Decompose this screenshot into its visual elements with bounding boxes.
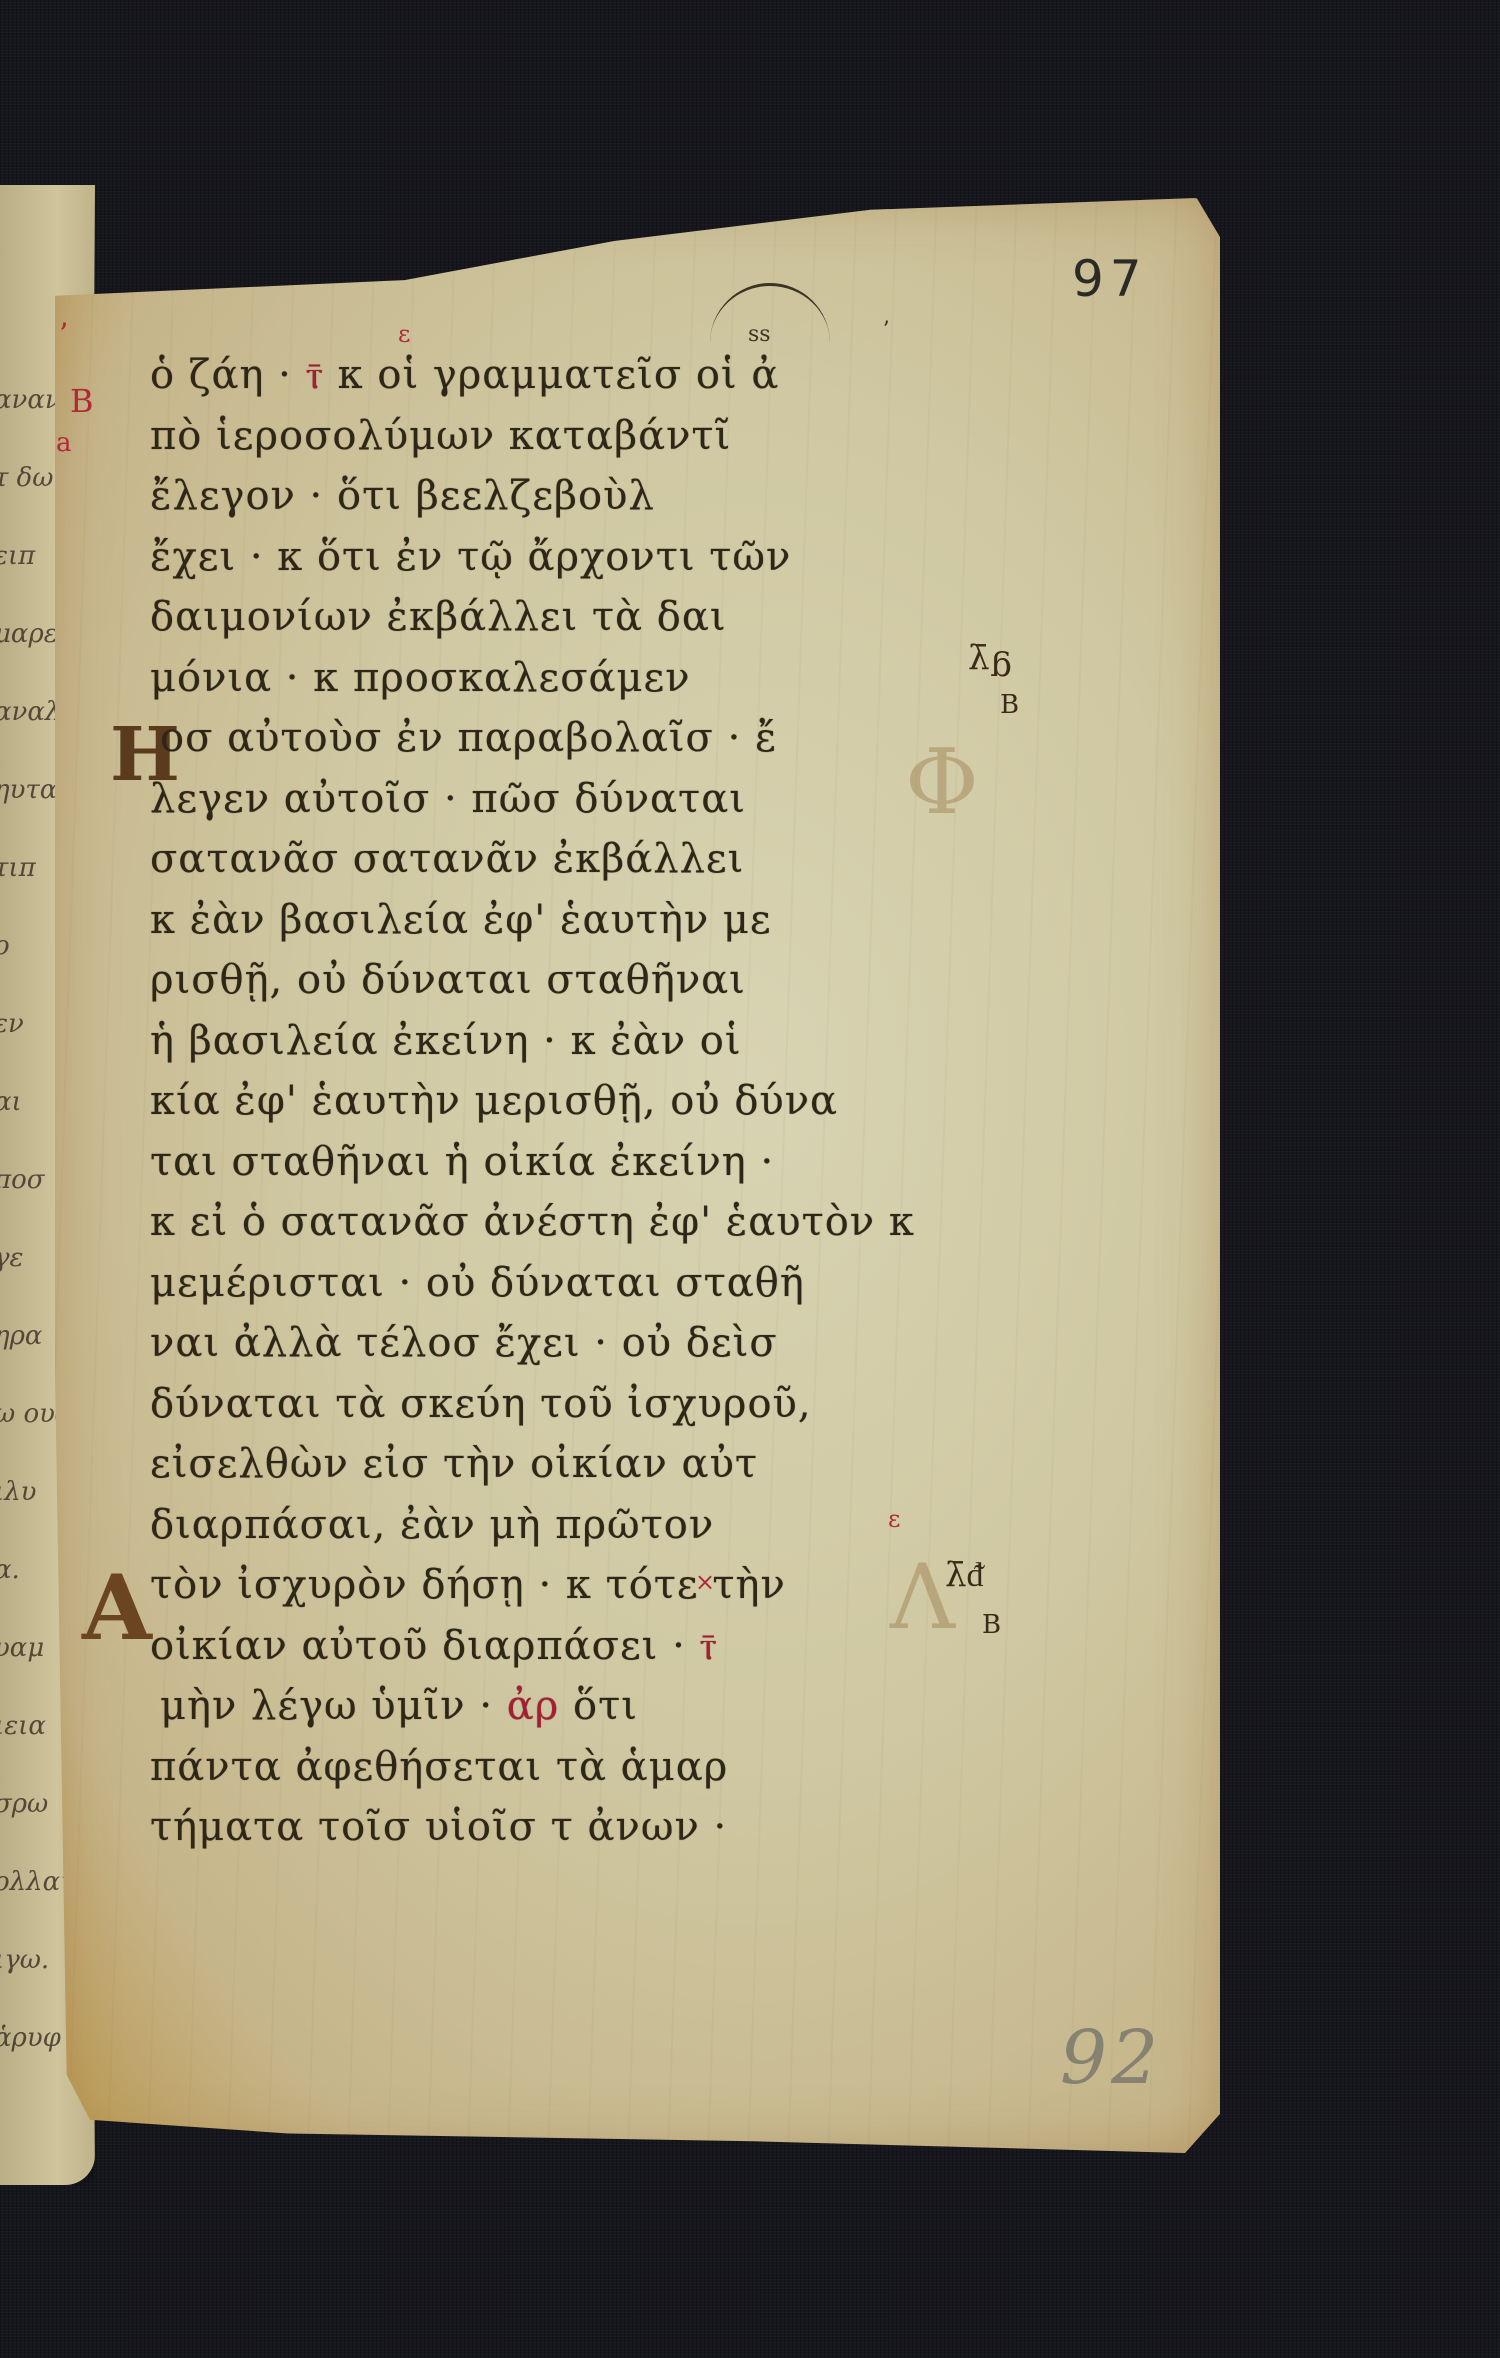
line-text: σατανᾶσ σατανᾶν ἐκβάλλει bbox=[150, 836, 744, 882]
facing-leaf-line: τιπ bbox=[0, 853, 36, 883]
manuscript-line: πὸ ἱεροσολύμων καταβάντῖ bbox=[150, 406, 950, 467]
facing-leaf-line: αναν bbox=[0, 385, 61, 415]
line-text: πὸ ἱεροσολύμων καταβάντ bbox=[150, 413, 715, 459]
rubric-mark: ⲧ̄ bbox=[306, 352, 324, 398]
manuscript-line: διαρπάσαι, ἐὰν μὴ πρῶτον bbox=[150, 1495, 950, 1556]
manuscript-line: ναι ἀλλὰ τέλοσ ἔχει · οὐ δεὶσ bbox=[150, 1313, 950, 1374]
facing-leaf-line: αι bbox=[0, 1087, 22, 1117]
section-number-upper-sub: B bbox=[1000, 690, 1019, 720]
manuscript-line: κ εἰ ὁ σατανᾶσ ἀνέστη ἐφ' ἑαυτὸν κ bbox=[150, 1192, 950, 1253]
rubric-mark: ⲧ̄ bbox=[700, 1623, 718, 1669]
facing-leaf-line: αναλ bbox=[0, 697, 61, 727]
facing-leaf-line: τ δω bbox=[0, 463, 54, 493]
facing-leaf-line: ο bbox=[0, 931, 10, 961]
line-text-continued: ὅτι bbox=[559, 1683, 638, 1729]
manuscript-line: μόνια · κ προσκαλεσάμεν bbox=[150, 648, 950, 709]
line-text: διαρπάσαι, ἐὰν μὴ πρῶτον bbox=[150, 1502, 714, 1548]
manuscript-line: τήματα τοῖσ υἱοῖσ τ ἀνων · bbox=[150, 1797, 950, 1858]
abbreviation-mark: ss bbox=[748, 322, 771, 347]
line-text: δύναται τὰ σκεύη τοῦ ἰσχυροῦ, bbox=[150, 1381, 812, 1427]
line-text: μὴν λέγω ὑμῖν · bbox=[160, 1683, 507, 1729]
line-text: τήματα τοῖσ υἱοῖσ τ ἀνων · bbox=[150, 1804, 727, 1850]
facing-leaf-line: ιγω. bbox=[0, 1945, 49, 1975]
facing-leaf-line: ἁρυφ bbox=[0, 2023, 61, 2053]
main-text-column: ὁ ζάη · ⲧ̄ κ οἱ γραμματεῖσ οἱ ἀπὸ ἱεροσο… bbox=[150, 345, 950, 1858]
rubric-mark: ἀρ bbox=[507, 1683, 560, 1729]
margin-mark-red-accent: ʼ bbox=[58, 318, 68, 353]
facing-leaf-line: μαρε bbox=[0, 619, 58, 649]
manuscript-line: λεγεν αὐτοῖσ · πῶσ δύναται bbox=[150, 769, 950, 830]
line-text: ρισθῇ, οὐ δύναται σταθῆναι bbox=[150, 957, 746, 1003]
line-text: λεγεν αὐτοῖσ · πῶσ δύναται bbox=[150, 776, 746, 822]
facing-leaf-line: α. bbox=[0, 1555, 20, 1585]
facing-leaf-line: ιλυ bbox=[0, 1477, 36, 1507]
line-text-continued: ῖ bbox=[715, 413, 732, 459]
rubric-e-top: ε bbox=[398, 320, 410, 348]
manuscript-line: ἡ βασιλεία ἐκείνη · κ ἐὰν οἱ bbox=[150, 1011, 950, 1072]
line-text: ναι ἀλλὰ τέλοσ ἔχει · οὐ δεὶσ bbox=[150, 1320, 778, 1366]
line-text: εἰσελθὼν εἰσ τὴν οἰκίαν αὐτ bbox=[150, 1441, 758, 1487]
manuscript-line: κία ἐφ' ἑαυτὴν μερισθῇ, οὐ δύνα bbox=[150, 1071, 950, 1132]
manuscript-line: ρισθῇ, οὐ δύναται σταθῆναι bbox=[150, 950, 950, 1011]
section-number-lower-sub: B bbox=[982, 1610, 1001, 1640]
manuscript-line: τὸν ἰσχυρὸν δήσῃ · κ τότε τὴν bbox=[150, 1555, 950, 1616]
folio-number-ink: 97 bbox=[1072, 250, 1148, 308]
line-text: ἔλεγον · ὅτι βεελζεβοὺλ bbox=[150, 473, 655, 519]
line-text: πάντα ἀφεθήσεται τὰ ἁμαρ bbox=[150, 1744, 728, 1790]
facing-leaf-line: εν bbox=[0, 1009, 24, 1039]
line-text: τὸν ἰσχυρὸν δήσῃ · κ τότε τὴν bbox=[150, 1562, 786, 1608]
manuscript-line: ἔχει · κ ὅτι ἐν τῷ ἄρχοντι τῶν bbox=[150, 527, 950, 588]
line-text: μεμέρισται · οὐ δύναται σταθῆ bbox=[150, 1260, 805, 1306]
initial-alpha: Α bbox=[82, 1555, 152, 1661]
manuscript-line: σατανᾶσ σατανᾶν ἐκβάλλει bbox=[150, 829, 950, 890]
facing-leaf-line: γε bbox=[0, 1243, 24, 1273]
manuscript-line: δαιμονίων ἐκβάλλει τὰ δαι bbox=[150, 587, 950, 648]
manuscript-line: ὁ ζάη · ⲧ̄ κ οἱ γραμματεῖσ οἱ ἀ bbox=[150, 345, 950, 406]
line-text: κ ἐὰν βασιλεία ἐφ' ἑαυτὴν με bbox=[150, 897, 772, 943]
facing-leaf-line: ειπ bbox=[0, 541, 35, 571]
manuscript-line: ται σταθῆναι ἡ οἰκία ἐκείνη · bbox=[150, 1132, 950, 1193]
manuscript-line: εἰσελθὼν εἰσ τὴν οἰκίαν αὐτ bbox=[150, 1434, 950, 1495]
line-text: κία ἐφ' ἑαυτὴν μερισθῇ, οὐ δύνα bbox=[150, 1078, 838, 1124]
manuscript-line: ἔλεγον · ὅτι βεελζεβοὺλ bbox=[150, 466, 950, 527]
line-text: δαιμονίων ἐκβάλλει τὰ δαι bbox=[150, 594, 727, 640]
manuscript-line: δύναται τὰ σκεύη τοῦ ἰσχυροῦ, bbox=[150, 1374, 950, 1435]
facing-leaf-line: ιεια bbox=[0, 1711, 46, 1741]
manuscript-line: οἰκίαν αὐτοῦ διαρπάσει · ⲧ̄ bbox=[150, 1616, 950, 1677]
facing-leaf-line: ηυτα bbox=[0, 775, 57, 805]
margin-mark-red-a: a bbox=[56, 428, 72, 458]
line-text-continued: κ οἱ γραμματεῖσ οἱ ἀ bbox=[324, 352, 779, 398]
line-text: ται σταθῆναι ἡ οἰκία ἐκείνη · bbox=[150, 1139, 774, 1185]
facing-leaf-line: ηρα bbox=[0, 1321, 42, 1351]
accent-mark: ʼ bbox=[882, 318, 889, 343]
manuscript-line: μεμέρισται · οὐ δύναται σταθῆ bbox=[150, 1253, 950, 1314]
facing-leaf-line: υαμ bbox=[0, 1633, 44, 1663]
line-text: ἔχει · κ ὅτι ἐν τῷ ἄρχοντι τῶν bbox=[150, 534, 791, 580]
line-text: ἡ βασιλεία ἐκείνη · κ ἐὰν οἱ bbox=[150, 1018, 742, 1064]
manuscript-line: πάντα ἀφεθήσεται τὰ ἁμαρ bbox=[150, 1737, 950, 1798]
manuscript-line: οσ αὐτοὺσ ἐν παραβολαῖσ · ἔ bbox=[150, 708, 950, 769]
facing-leaf-line: σρω bbox=[0, 1789, 48, 1819]
section-number-upper: λ̄ᵷ bbox=[968, 638, 1011, 678]
manuscript-line: κ ἐὰν βασιλεία ἐφ' ἑαυτὴν με bbox=[150, 890, 950, 951]
manuscript-line: μὴν λέγω ὑμῖν · ἀρ ὅτι bbox=[150, 1676, 950, 1737]
line-text: οσ αὐτοὺσ ἐν παραβολαῖσ · ἔ bbox=[160, 715, 777, 761]
line-text: κ εἰ ὁ σατανᾶσ ἀνέστη ἐφ' ἑαυτὸν κ bbox=[150, 1199, 915, 1245]
facing-leaf-line: ποσ bbox=[0, 1165, 45, 1195]
margin-mark-red-b: B bbox=[70, 382, 94, 420]
folio-number-pencil: 92 bbox=[1060, 2015, 1162, 2101]
line-text: ὁ ζάη · bbox=[150, 352, 306, 398]
line-text: οἰκίαν αὐτοῦ διαρπάσει · bbox=[150, 1623, 700, 1669]
line-text: μόνια · κ προσκαλεσάμεν bbox=[150, 655, 691, 701]
